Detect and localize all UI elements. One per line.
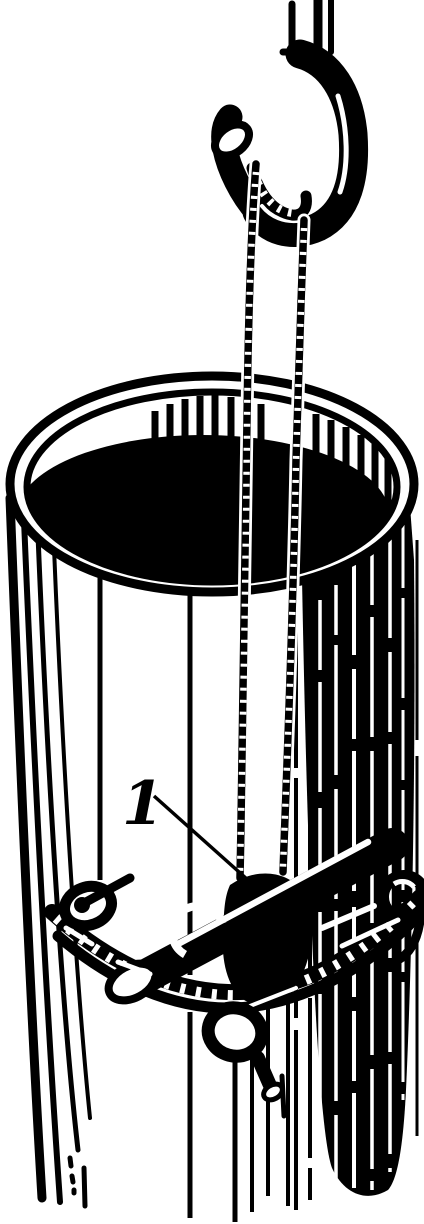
pile-mouth-group xyxy=(10,376,414,593)
callout-leader-line xyxy=(154,796,248,880)
hanging-drip-line xyxy=(282,1076,284,1116)
pile-front-lines xyxy=(100,512,288,1222)
pile-left-shading-lines xyxy=(10,498,90,1206)
callout-group: 1 xyxy=(122,769,248,880)
engraving-figure: 1 xyxy=(0,0,424,1224)
illustration-canvas: 1 xyxy=(0,0,424,1224)
callout-label: 1 xyxy=(122,769,164,839)
collar-left-pin-head xyxy=(74,897,90,913)
crane-hook-group xyxy=(209,0,354,232)
